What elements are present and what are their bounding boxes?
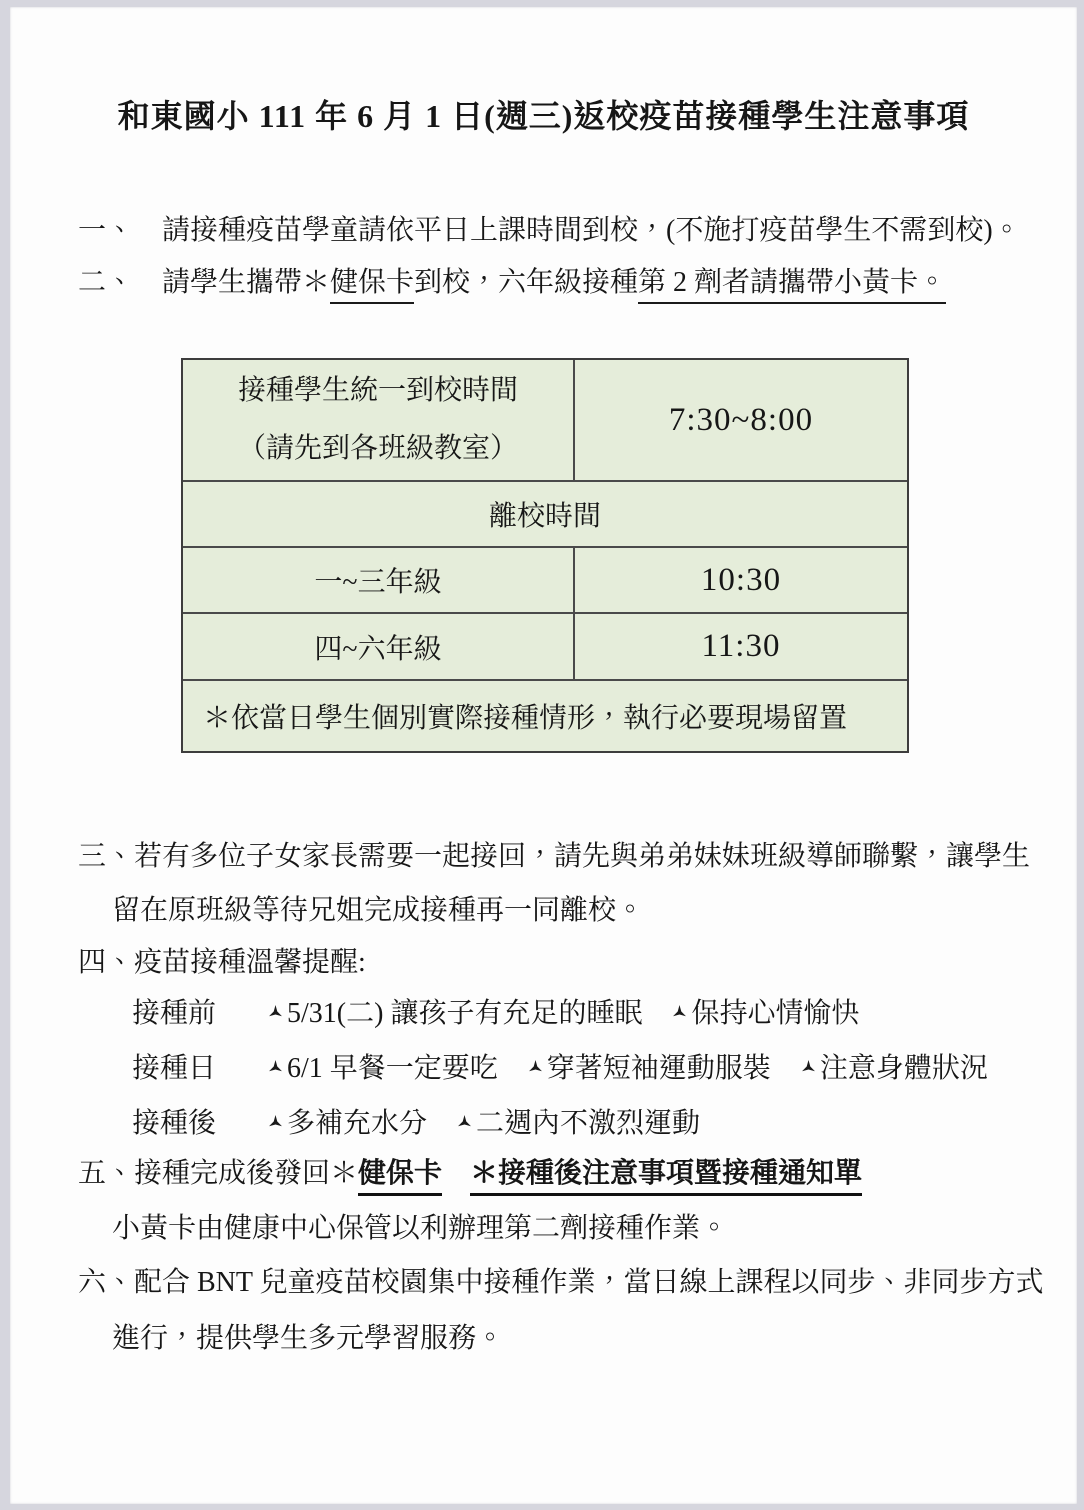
reminder-before-item-1: 5/31(二) 讓孩子有充足的睡眠 [268,991,642,1031]
star-bullet-icon [528,1059,543,1075]
reminder-day: 接種日 6/1 早餐一定要吃 穿著短袖運動服裝 注意身體狀況 [132,1046,988,1086]
notice-item-5-line1: 五、接種完成後發回＊健保卡＊接種後注意事項暨接種通知單 [78,1156,862,1192]
schedule-table: 接種學生統一到校時間 （請先到各班級教室） 7:30~8:00 離校時間 一~三… [181,358,909,753]
reminder-text: 穿著短袖運動服裝 [547,1046,771,1086]
table-cell-grades-4-6: 四~六年級 [183,614,575,681]
notice-item-5-line2: 小黃卡由健康中心保管以利辦理第二劑接種作業。 [112,1211,728,1247]
star-bullet-icon [268,1004,283,1020]
document-page: 和東國小 111 年 6 月 1 日(週三)返校疫苗接種學生注意事項 一、 請接… [10,7,1077,1504]
arrival-label-line2: （請先到各班級教室） [238,420,518,478]
scan-background: 和東國小 111 年 6 月 1 日(週三)返校疫苗接種學生注意事項 一、 請接… [0,0,1084,1510]
page-title: 和東國小 111 年 6 月 1 日(週三)返校疫苗接種學生注意事項 [10,91,1077,137]
notice-item-1: 一、 請接種疫苗學童請依平日上課時間到校，(不施打疫苗學生不需到校)。 [78,213,1021,249]
reminder-after-item-1: 多補充水分 [268,1101,427,1141]
table-cell-grades-1-3: 一~三年級 [183,548,575,614]
reminder-day-item-2: 穿著短袖運動服裝 [528,1046,771,1086]
reminder-text: 保持心情愉快 [691,991,859,1031]
reminder-before-label: 接種前 [132,991,216,1031]
notice-item-4: 四、疫苗接種溫馨提醒: [78,945,366,981]
table-cell-time-1130: 11:30 [575,614,907,681]
table-cell-arrival-label: 接種學生統一到校時間 （請先到各班級教室） [183,360,575,482]
reminder-day-label: 接種日 [132,1046,216,1086]
star-bullet-icon [268,1114,283,1130]
table-cell-note: ＊依當日學生個別實際接種情形，執行必要現場留置 [183,681,907,751]
notice-item-2-underline-health-card: 健保卡 [330,267,414,304]
notice-item-2-underline-dose2: 第 2 劑者請攜帶小黃卡。 [638,267,946,304]
notice-item-5-underline-health-card: 健保卡 [358,1158,442,1196]
star-bullet-icon [801,1059,816,1075]
star-bullet-icon [457,1114,472,1130]
reminder-after: 接種後 多補充水分 二週內不激烈運動 [132,1101,700,1141]
notice-item-1-text: 一、 請接種疫苗學童請依平日上課時間到校，(不施打疫苗學生不需到校)。 [78,215,1021,246]
reminder-day-item-1: 6/1 早餐一定要吃 [268,1046,498,1086]
notice-item-3-line2: 留在原班級等待兄姐完成接種再一同離校。 [112,893,644,929]
notice-item-6-line1: 六、配合 BNT 兒童疫苗校園集中接種作業，當日線上課程以同步、非同步方式 [78,1265,1044,1301]
reminder-text: 6/1 早餐一定要吃 [287,1046,498,1086]
reminder-after-item-2: 二週內不激烈運動 [457,1101,700,1141]
reminder-text: 多補充水分 [287,1101,427,1141]
notice-item-2: 二、 請學生攜帶＊健保卡到校，六年級接種第 2 劑者請攜帶小黃卡。 [78,265,946,301]
reminder-text: 二週內不激烈運動 [476,1101,700,1141]
reminder-before-item-2: 保持心情愉快 [672,991,859,1031]
table-cell-arrival-time: 7:30~8:00 [575,360,907,482]
reminder-after-label: 接種後 [132,1101,216,1141]
reminder-text: 注意身體狀況 [820,1046,988,1086]
reminder-before: 接種前 5/31(二) 讓孩子有充足的睡眠 保持心情愉快 [132,991,859,1031]
reminder-day-item-3: 注意身體狀況 [801,1046,988,1086]
notice-item-6-line2: 進行，提供學生多元學習服務。 [112,1321,504,1357]
notice-item-5-pre: 五、接種完成後發回＊ [78,1158,358,1189]
table-cell-leave-header: 離校時間 [183,482,907,548]
notice-item-5-underline-notice-sheet: ＊接種後注意事項暨接種通知單 [470,1158,862,1196]
table-cell-time-1030: 10:30 [575,548,907,614]
notice-item-3-line1: 三、若有多位子女家長需要一起接回，請先與弟弟妹妹班級導師聯繫，讓學生 [78,839,1030,875]
star-bullet-icon [268,1059,283,1075]
notice-item-2-pre: 二、 請學生攜帶＊ [78,267,330,298]
star-bullet-icon [672,1004,687,1020]
reminder-text: 5/31(二) 讓孩子有充足的睡眠 [287,991,642,1031]
arrival-label-line1: 接種學生統一到校時間 [238,362,518,420]
notice-item-2-mid: 到校，六年級接種 [414,267,638,298]
